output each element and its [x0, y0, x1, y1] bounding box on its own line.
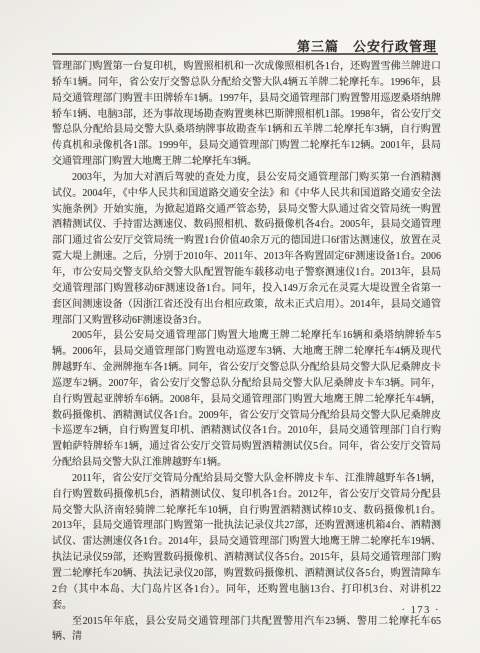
header-rule [52, 53, 438, 55]
paragraph-continuation: 管理部门购置第一台复印机，购置照相机和一次成像照相机各1台，还购置雪佛兰牌进口轿… [52, 59, 441, 170]
paragraph-2003-speed-equipment: 2003年，为加大对酒后驾驶的查处力度，县公安局交通管理部门购买第一台酒精测试仪… [52, 170, 441, 328]
body-text: 管理部门购置第一台复印机，购置照相机和一次成像照相机各1台，还购置雪佛兰牌进口轿… [52, 59, 441, 645]
paragraph-2015-summary: 至2015年年底，县公安局交通管理部门共配置警用汽车23辆、警用二轮摩托车65辆… [52, 614, 441, 646]
paragraph-2005-vehicles: 2005年，县公安局交通管理部门购置大地鹰王牌二轮摩托车16辆和桑塔纳牌轿车5辆… [52, 328, 441, 471]
page-number: · 173 · [402, 605, 441, 616]
paragraph-2011-equipment: 2011年，省公安厅交管局分配给县局交警大队金杯牌皮卡车、江淮牌越野车各1辆，自… [52, 471, 441, 614]
scanned-book-page: 第三篇 公安行政管理 管理部门购置第一台复印机，购置照相机和一次成像照相机各1台… [0, 0, 480, 653]
